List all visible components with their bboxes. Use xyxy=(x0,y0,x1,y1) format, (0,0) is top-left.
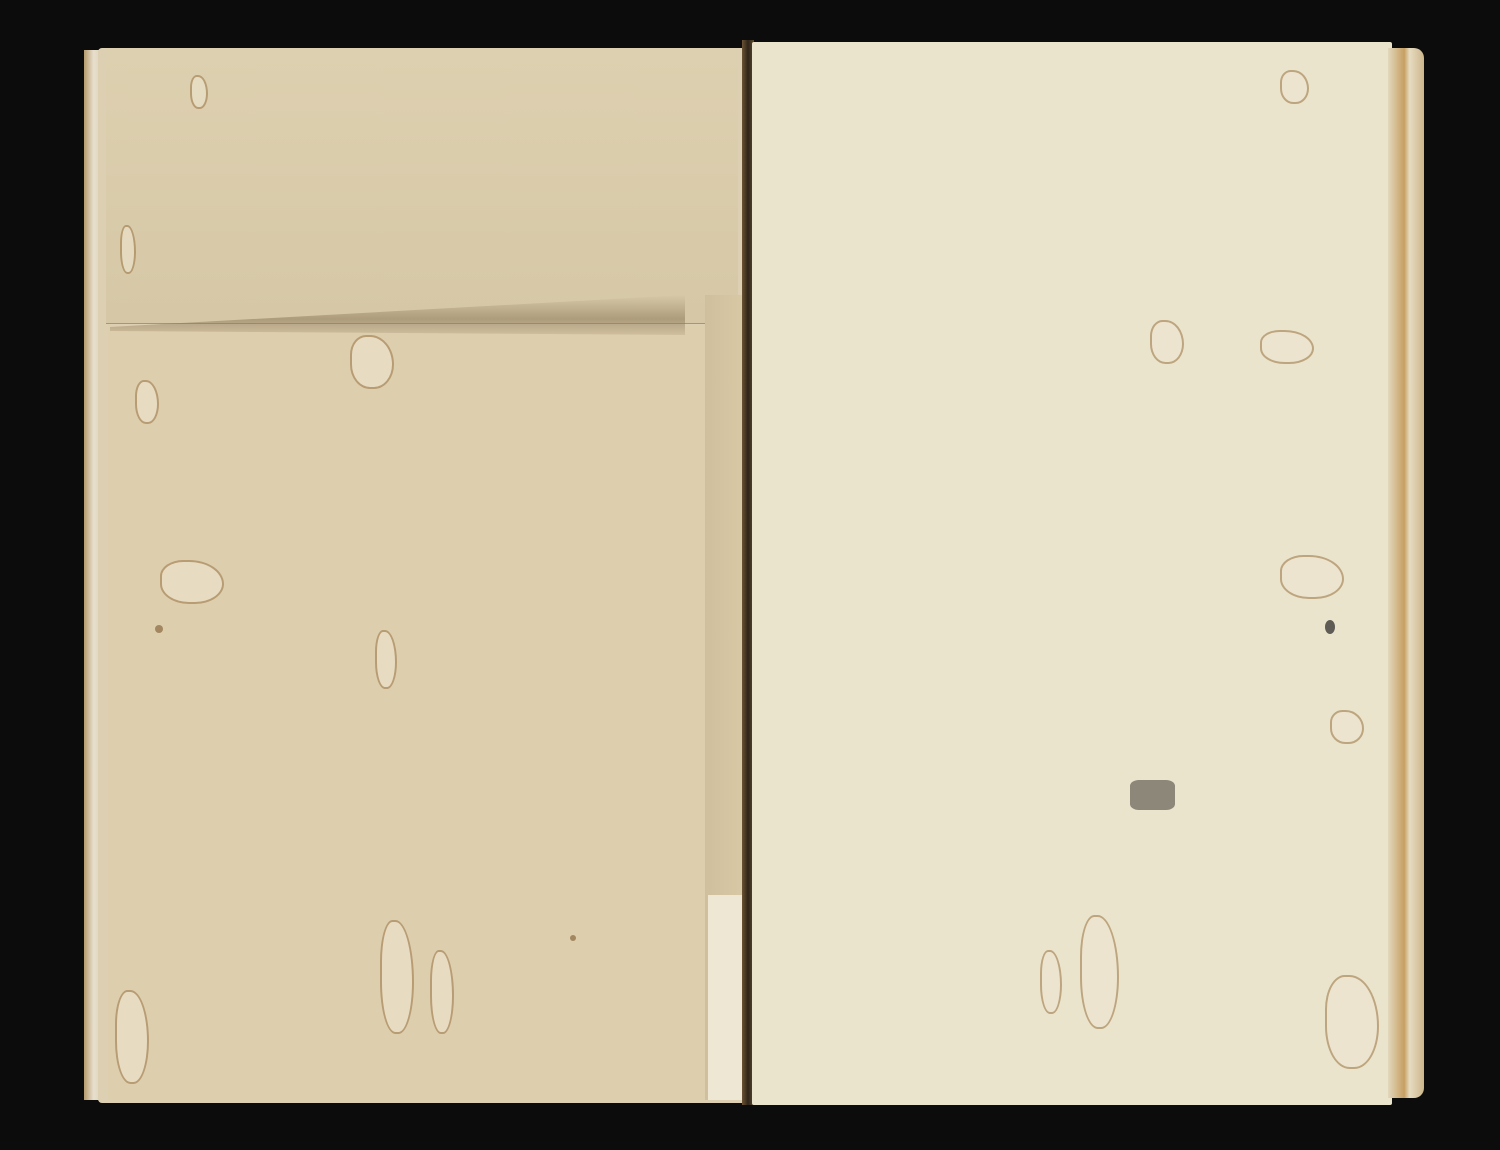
ink-stain xyxy=(1130,780,1175,810)
white-paper-tab xyxy=(708,895,744,1100)
worm-hole xyxy=(1280,555,1344,599)
ink-stain xyxy=(570,935,576,941)
worm-hole xyxy=(160,560,224,604)
worm-hole xyxy=(1280,70,1309,104)
worm-hole xyxy=(1260,330,1314,364)
worm-hole xyxy=(1150,320,1184,364)
ink-stain xyxy=(1325,620,1335,634)
worm-hole xyxy=(120,225,136,274)
worm-hole xyxy=(1330,710,1364,744)
worm-hole xyxy=(190,75,208,109)
ink-stain xyxy=(155,625,163,633)
worm-hole xyxy=(135,380,159,424)
right-page-edges xyxy=(1388,48,1424,1098)
